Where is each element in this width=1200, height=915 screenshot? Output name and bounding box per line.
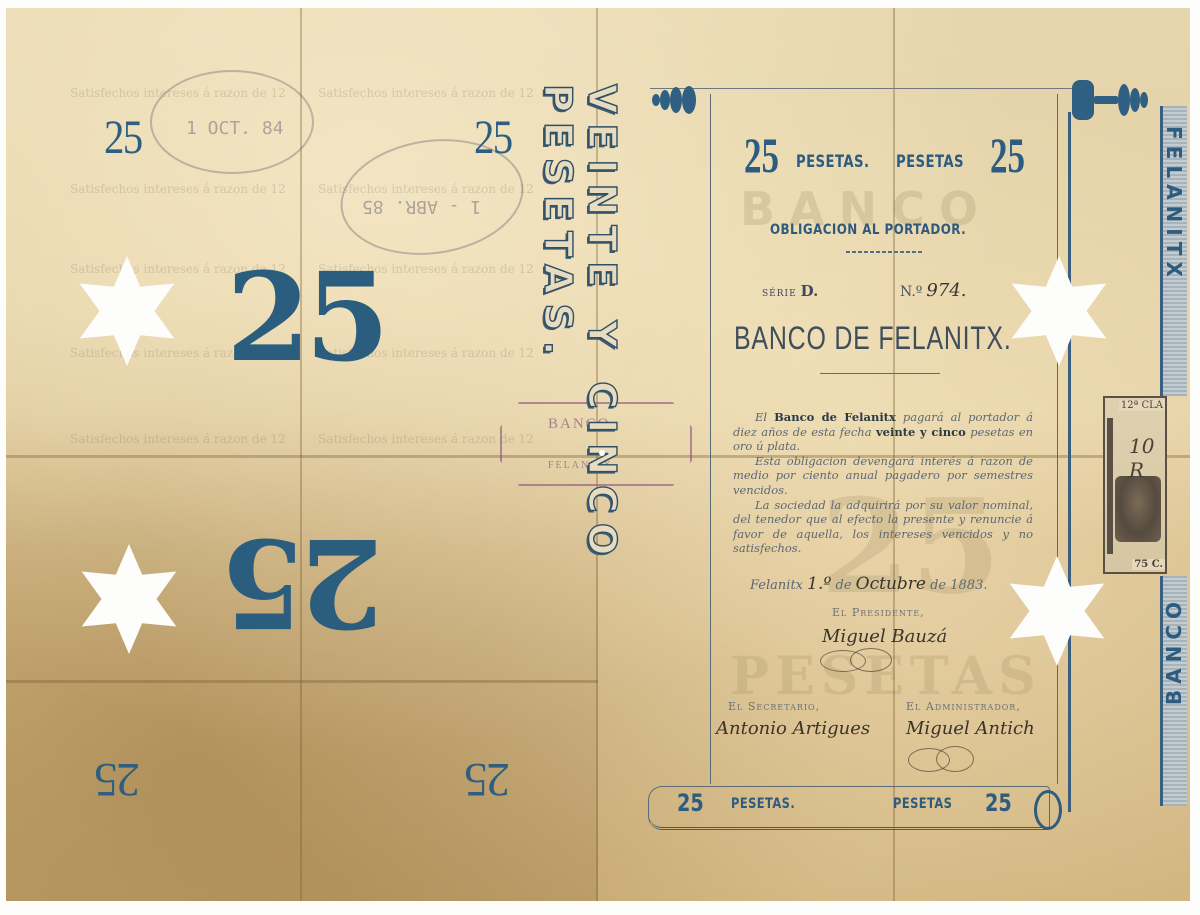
- terms-paragraph-2: Esta obligacion devengará interés á razo…: [733, 454, 1033, 498]
- secretary-role: El Secretario,: [728, 700, 820, 713]
- corner-numeral: 25: [96, 752, 140, 807]
- subtitle: OBLIGACION AL PORTADOR.: [770, 222, 966, 238]
- issue-date: Felanitx 1.º de Octubre de 1883.: [750, 574, 987, 594]
- secretary-signature: Antonio Artigues: [716, 718, 870, 739]
- scroll-roller-icon: [652, 86, 702, 114]
- header-unit-right: PESETAS: [896, 152, 964, 172]
- scan-margin: [0, 0, 1200, 8]
- counterfoil-text: BANCO: [1162, 596, 1186, 705]
- signature-flourish: [850, 648, 892, 672]
- counterfoil-text: FELANITX: [1162, 126, 1186, 283]
- corner-numeral: 25: [466, 752, 510, 807]
- frame-rule: [1068, 112, 1071, 812]
- scan-margin: [0, 0, 6, 915]
- obligation-terms: El Banco de Felanitx pagará al portador …: [733, 410, 1033, 556]
- denomination-header: 25PESETAS.PESETAS25: [726, 128, 1038, 188]
- coupon-text: Satisfechos intereses á razon de 12: [70, 182, 286, 196]
- scan-margin: [0, 901, 1200, 915]
- administrator-signature: Miguel Antich: [906, 718, 1035, 739]
- stamp-border: [1107, 418, 1113, 554]
- counterfoil-strip: FELANITX BANCO: [1160, 96, 1190, 816]
- amount-words: veinte y cinco: [876, 425, 966, 439]
- revenue-stamp: 12ª CLA 10 R 75 C.: [1103, 396, 1167, 574]
- footer-value-left: 25: [677, 789, 704, 817]
- header-value-left: 25: [744, 130, 779, 180]
- bank-name-inline: Banco de Felanitx: [774, 410, 896, 424]
- coupon-text: Satisfechos intereses á razon de 12: [318, 86, 534, 100]
- corner-numeral: 25: [104, 110, 141, 165]
- scan-margin: [1190, 0, 1200, 915]
- number-value: 974.: [926, 280, 966, 301]
- stamp-class: 12ª CLA: [1119, 400, 1165, 411]
- president-signature: Miguel Bauzá: [822, 626, 947, 647]
- footer-unit-right: PESETAS: [893, 796, 952, 812]
- header-value-right: 25: [990, 130, 1025, 180]
- footer-value-right: 25: [985, 789, 1012, 817]
- large-numeral: 25: [226, 256, 384, 378]
- fold-line: [6, 680, 598, 683]
- footer-unit-left: PESETAS.: [731, 796, 795, 812]
- cherub-engraving-icon: [1115, 476, 1161, 542]
- scroll-roller-icon: [1072, 80, 1152, 120]
- pin-hole: [599, 450, 605, 456]
- ornament-rule: [846, 251, 922, 253]
- coupon-text: Satisfechos intereses á razon de 12: [70, 432, 286, 446]
- serie-value: D.: [801, 282, 819, 300]
- large-numeral: 25: [226, 522, 384, 644]
- scroll-curl-icon: [1034, 790, 1062, 830]
- header-unit-left: PESETAS.: [796, 152, 869, 172]
- number-label: N.º: [900, 284, 922, 300]
- stamp-date: 1 OCT. 84: [186, 118, 284, 139]
- president-role: El Presidente,: [832, 606, 925, 619]
- corner-numeral: 25: [474, 110, 511, 165]
- serie-field: SÉRIED.: [762, 281, 818, 300]
- terms-paragraph-1: El Banco de Felanitx pagará al portador …: [733, 410, 1033, 454]
- serial-number-field: N.º974.: [900, 280, 966, 301]
- bank-name: BANCO DE FELANITX.: [734, 322, 1012, 354]
- terms-paragraph-3: La sociedad la adquirirá por su valor no…: [733, 498, 1033, 556]
- stamp-date: 1 - ABR. 85: [362, 196, 481, 217]
- denomination-footer: 25 PESETAS. PESETAS 25: [648, 786, 1050, 830]
- ornament-rule: [820, 373, 940, 374]
- signature-flourish: [936, 746, 974, 772]
- serie-label: SÉRIE: [762, 289, 797, 299]
- administrator-role: El Administrador,: [906, 700, 1021, 713]
